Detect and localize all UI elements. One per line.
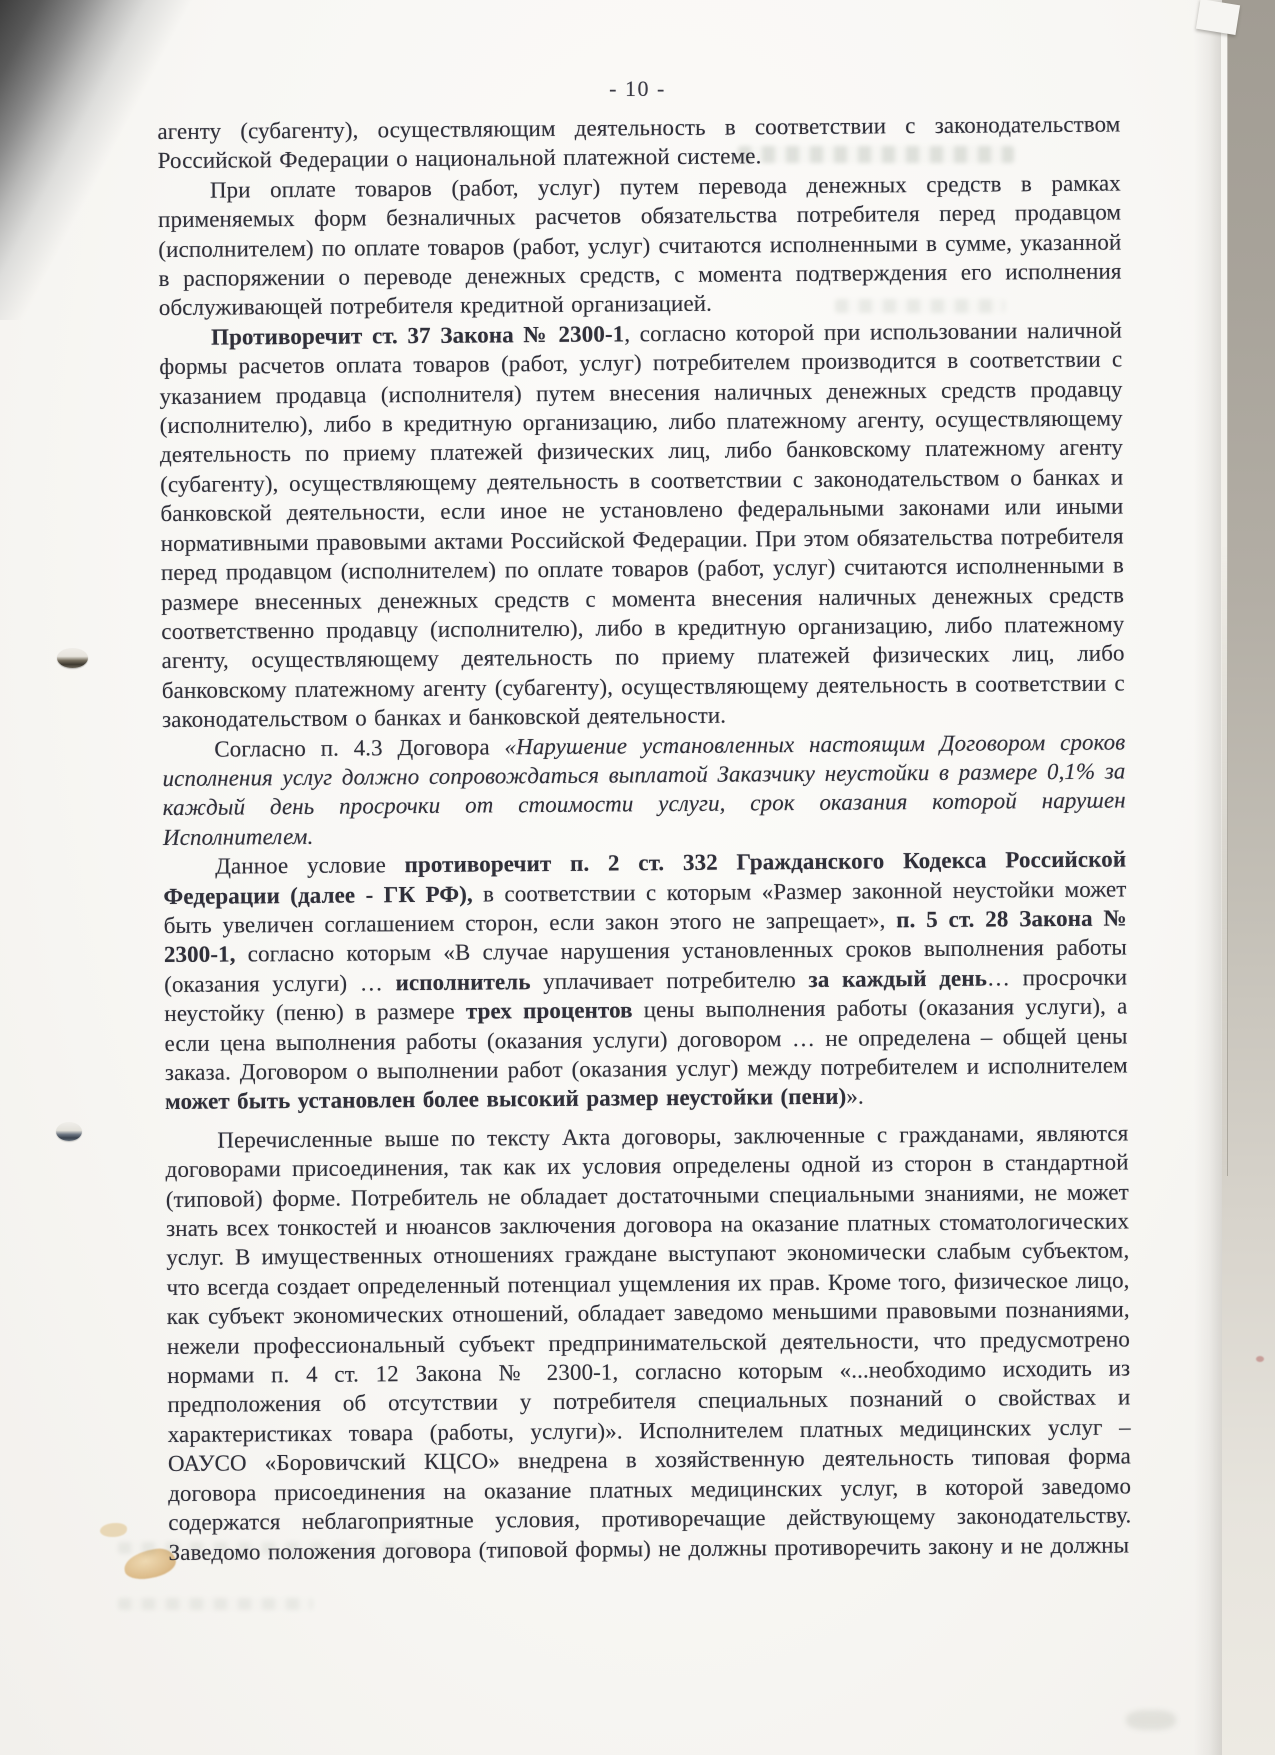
text-run: Данное условие (215, 852, 405, 878)
binder-mark-top (57, 648, 88, 668)
stain-mark-small (100, 1523, 127, 1537)
text-run: , согласно которой при использовании нал… (159, 317, 1125, 732)
paragraph: При оплате товаров (работ, услуг) путем … (158, 168, 1122, 323)
text-run: за каждый день (808, 965, 987, 991)
page-number: - 10 - (0, 76, 1275, 102)
underlying-page-edge (1221, 26, 1228, 1176)
text-block: агенту (субагенту), осуществляющим деяте… (157, 109, 1131, 1566)
text-run: исполнитель (395, 969, 530, 995)
paragraph: Перечисленные выше по тексту Акта догово… (165, 1118, 1131, 1567)
page-right-edge-shadow (1194, 0, 1222, 1755)
smudge-mark (1126, 1710, 1176, 1730)
text-run: агенту (субагенту), осуществляющим деяте… (157, 111, 1120, 173)
scanned-document-page: { "page": { "number_label": "- 10 -" }, … (0, 0, 1275, 1755)
scanner-background (1222, 0, 1275, 1755)
text-run: трех процентов (466, 998, 633, 1024)
binder-mark-bottom (56, 1122, 82, 1141)
paragraph: агенту (субагенту), осуществляющим деяте… (157, 109, 1120, 175)
text-run: Согласно п. 4.3 Договора (214, 734, 504, 761)
paragraph: Согласно п. 4.3 Договора «Нарушение уста… (162, 727, 1126, 852)
text-run: Перечисленные выше по тексту Акта догово… (165, 1120, 1131, 1564)
bleed-through-artifact-4 (118, 1598, 313, 1610)
text-run: Противоречит ст. 37 Закона № 2300-1 (211, 321, 624, 349)
text-run: может быть установлен более высокий разм… (165, 1084, 847, 1114)
text-run: При оплате товаров (работ, услуг) путем … (158, 170, 1122, 320)
underlying-page-corner (1196, 0, 1240, 35)
red-speck (1256, 1356, 1264, 1362)
text-run: ». (846, 1084, 864, 1109)
text-run: уплачивает потребителю (530, 967, 808, 994)
paragraph: Противоречит ст. 37 Закона № 2300-1, сог… (159, 315, 1125, 734)
paragraph: Данное условие противоречит п. 2 ст. 332… (163, 845, 1128, 1117)
